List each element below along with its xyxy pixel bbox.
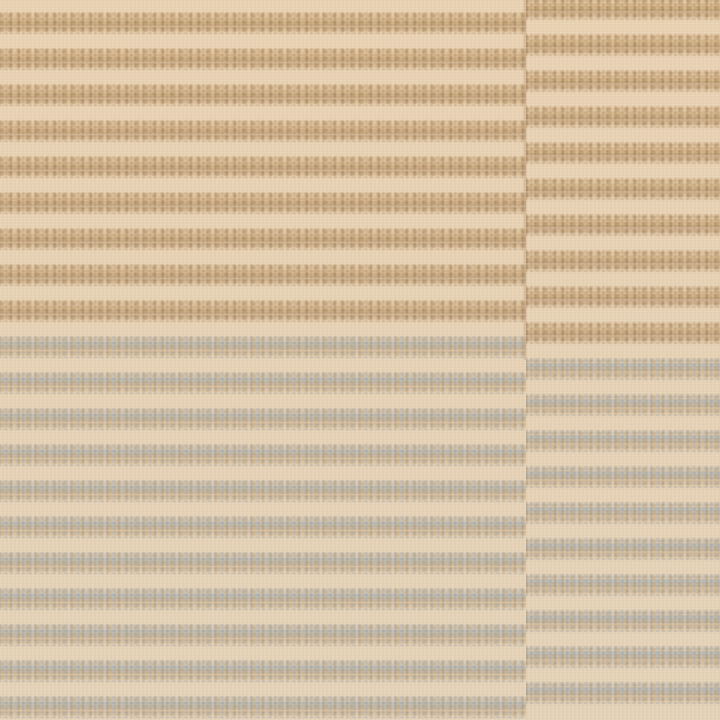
rug-stripe (526, 322, 720, 344)
rug-stripe (526, 250, 720, 272)
rug-stripe (0, 336, 526, 358)
rug-stripe (526, 358, 720, 380)
rug-stripe (0, 696, 526, 718)
rug-stripe (526, 178, 720, 200)
rug-stripe (0, 588, 526, 610)
rug-stripe (526, 214, 720, 236)
rug-seam (523, 0, 527, 360)
rug-stripe (0, 156, 526, 178)
rug-stripe (526, 574, 720, 596)
rug-stripe (0, 228, 526, 250)
rug-stripe (526, 34, 720, 56)
rug-stripe (0, 408, 526, 430)
rug-stripe (0, 552, 526, 574)
rug-stripe (526, 106, 720, 128)
rug-stripe (526, 286, 720, 308)
rug-stripe (526, 70, 720, 92)
rug-stripe (0, 300, 526, 322)
rug-stripe (526, 610, 720, 632)
rug-stripe (526, 538, 720, 560)
rug-stripe (0, 480, 526, 502)
rug-stripe (526, 682, 720, 704)
rug-stripe (0, 120, 526, 142)
rug-stripe (0, 660, 526, 682)
rug-stripe (0, 48, 526, 70)
rug-texture-photo (0, 0, 720, 720)
rug-stripe (526, 0, 720, 20)
rug-stripe (0, 444, 526, 466)
rug-stripe (0, 84, 526, 106)
rug-stripe (526, 430, 720, 452)
rug-right-panel (526, 0, 720, 720)
rug-stripe (526, 142, 720, 164)
rug-stripe (0, 12, 526, 34)
rug-stripe (526, 466, 720, 488)
rug-stripe (526, 646, 720, 668)
rug-stripe (0, 516, 526, 538)
rug-stripe (0, 264, 526, 286)
rug-stripe (526, 394, 720, 416)
rug-stripe (0, 624, 526, 646)
rug-left-panel (0, 0, 526, 720)
rug-stripe (526, 502, 720, 524)
rug-stripe (0, 192, 526, 214)
rug-stripe (0, 372, 526, 394)
